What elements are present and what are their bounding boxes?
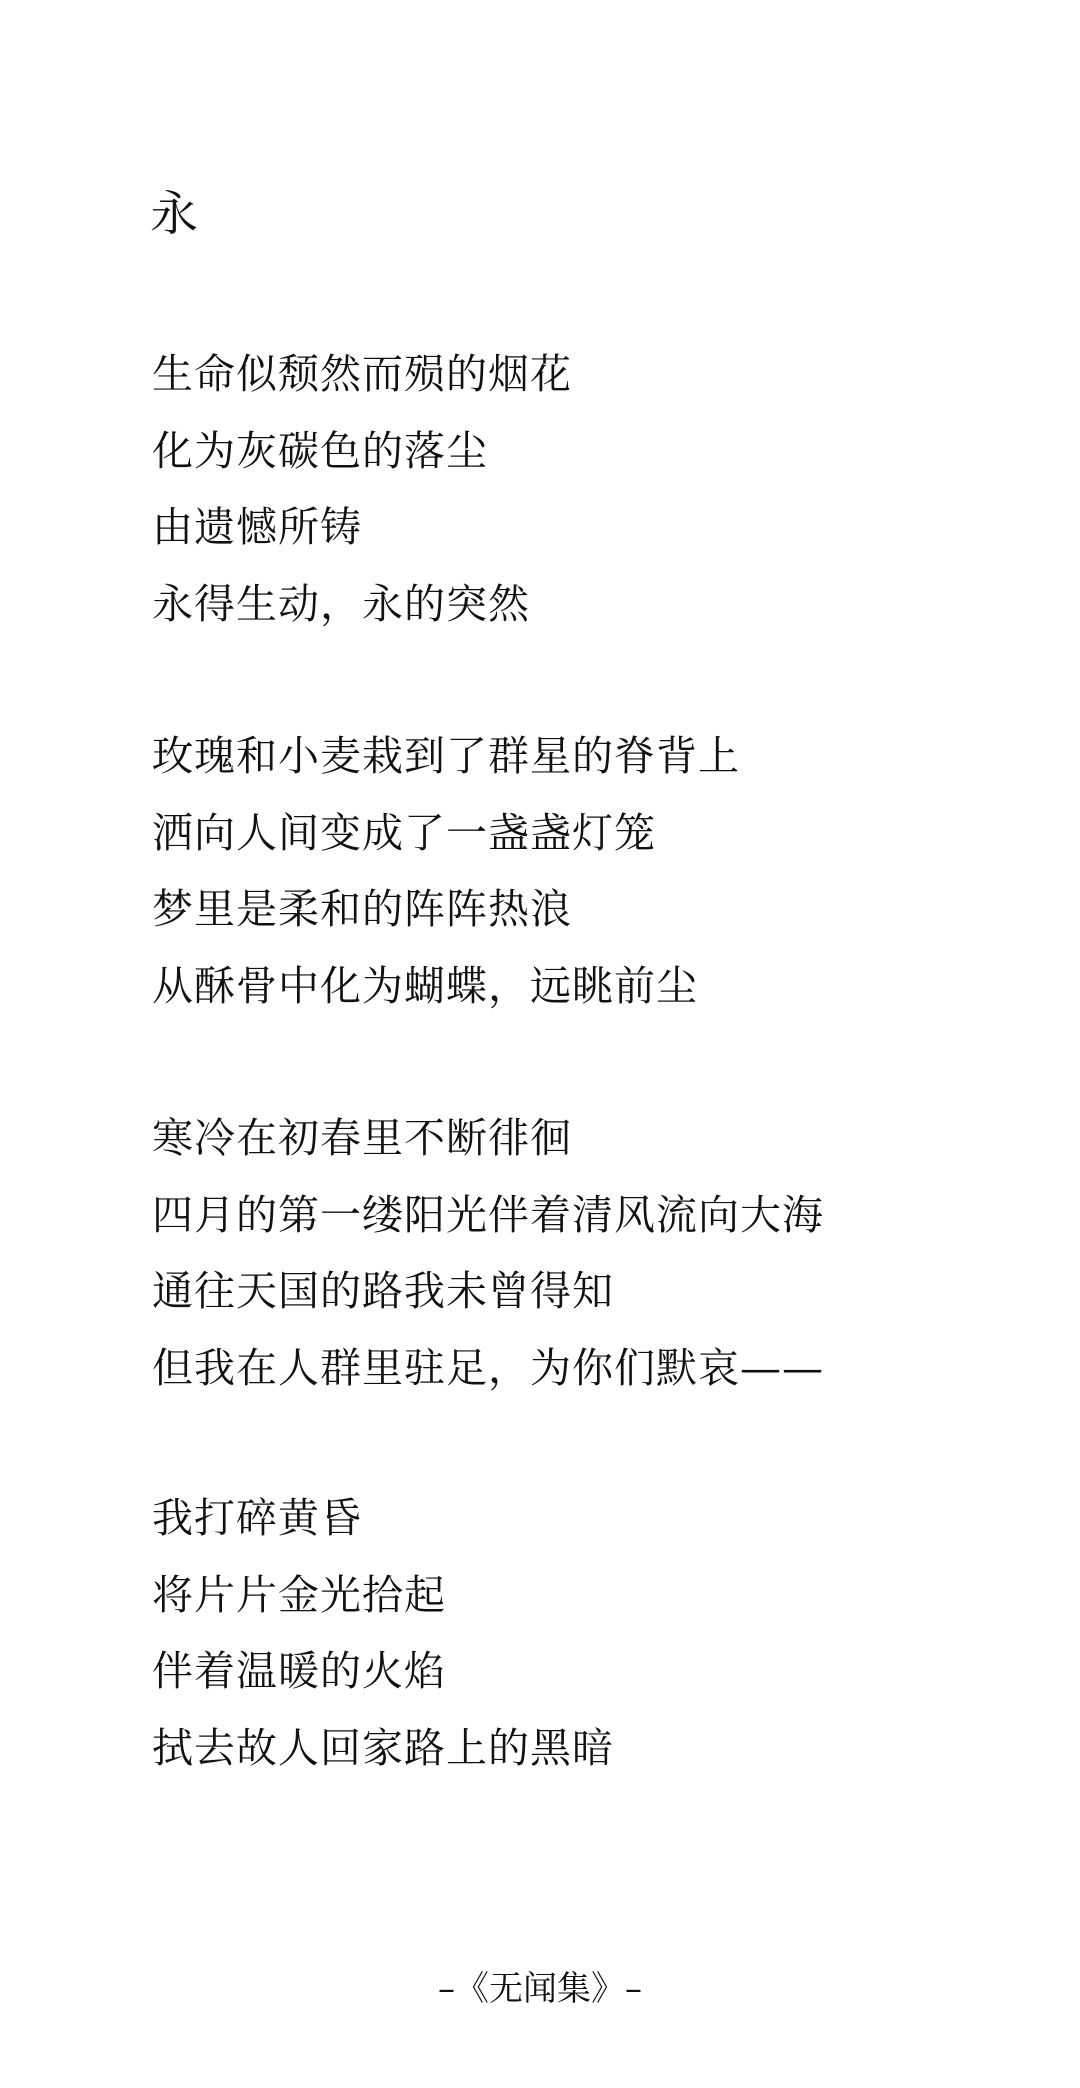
stanza-2: 玫瑰和小麦栽到了群星的脊背上 洒向人间变成了一盏盏灯笼 梦里是柔和的阵阵热浪 从… (152, 718, 740, 1024)
poem-line: 洒向人间变成了一盏盏灯笼 (152, 795, 740, 872)
poem-line: 永得生动，永的突然 (152, 566, 572, 643)
stanza-1: 生命似颓然而殒的烟花 化为灰碳色的落尘 由遗憾所铸 永得生动，永的突然 (152, 336, 572, 642)
poem-line: 我打碎黄昏 (152, 1480, 614, 1557)
poem-source: –《无闻集》– (0, 1962, 1080, 2016)
poem-line: 四月的第一缕阳光伴着清风流向大海 (152, 1177, 824, 1254)
poem-line: 化为灰碳色的落尘 (152, 413, 572, 490)
poem-line: 梦里是柔和的阵阵热浪 (152, 871, 740, 948)
poem-line: 将片片金光拾起 (152, 1557, 614, 1634)
stanza-4: 我打碎黄昏 将片片金光拾起 伴着温暖的火焰 拭去故人回家路上的黑暗 (152, 1480, 614, 1786)
poem-line: 通往天国的路我未曾得知 (152, 1253, 824, 1330)
poem-line: 伴着温暖的火焰 (152, 1633, 614, 1710)
poem-line: 拭去故人回家路上的黑暗 (152, 1710, 614, 1787)
poem-line: 但我在人群里驻足，为你们默哀—— (152, 1330, 824, 1407)
stanza-3: 寒冷在初春里不断徘徊 四月的第一缕阳光伴着清风流向大海 通往天国的路我未曾得知 … (152, 1100, 824, 1406)
poem-line: 玫瑰和小麦栽到了群星的脊背上 (152, 718, 740, 795)
poem-line: 从酥骨中化为蝴蝶，远眺前尘 (152, 948, 740, 1025)
poem-line: 由遗憾所铸 (152, 489, 572, 566)
poem-line: 生命似颓然而殒的烟花 (152, 336, 572, 413)
poem-line: 寒冷在初春里不断徘徊 (152, 1100, 824, 1177)
poem-title: 永 (150, 184, 198, 244)
